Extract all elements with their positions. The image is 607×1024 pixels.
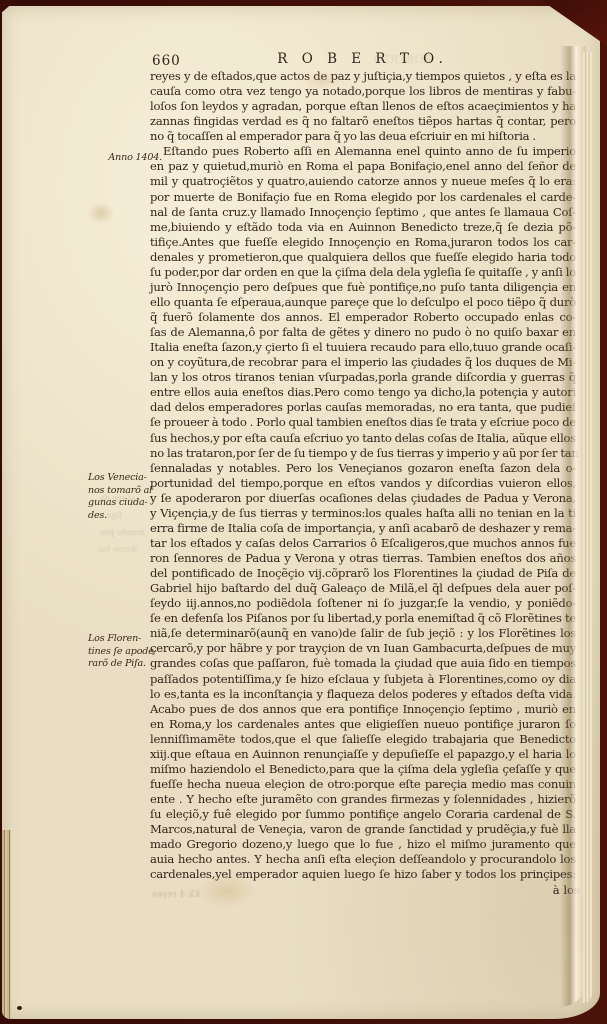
margin-note-line: gunas ciuda- bbox=[88, 497, 164, 510]
running-title: R O B E R T O. bbox=[150, 51, 575, 67]
margin-note-line: tines ſe apode- bbox=[88, 646, 164, 659]
catchword: à los bbox=[150, 883, 580, 897]
text-line: ſus hechos,y por eſta cauſa eſcriuo yo t… bbox=[150, 431, 576, 446]
text-line: tifiçe.Antes que fueſſe elegido Innoçenç… bbox=[150, 235, 576, 250]
margin-note-line: des. bbox=[88, 510, 164, 523]
text-line: cardenales,yel emperador aquien luego ſe… bbox=[150, 867, 576, 882]
binding-edge bbox=[2, 830, 11, 1019]
text-line: entre ellos auia eneſtos dias.Pero como … bbox=[150, 385, 576, 400]
text-line: Marcos,natural de Veneçia, varon de gran… bbox=[150, 822, 576, 837]
text-line: grandes coſas que paſſaron, fuè tomada l… bbox=[150, 656, 576, 671]
text-line: y ſe apoderaron por diuerſas ocaſiones d… bbox=[150, 491, 576, 506]
margin-note: Los Venecia-nos tomarõ algunas ciuda-des… bbox=[88, 472, 164, 522]
text-line: tar los eſtados y caſas delos Carrarios … bbox=[150, 536, 576, 551]
text-line: çercarõ,y por hãbre y por trayçion de vn… bbox=[150, 641, 576, 656]
margin-note: Los Floren-tines ſe apode-rarõ de Piſa. bbox=[88, 633, 164, 671]
text-line: miſmo haziendolo el Benedicto,para que l… bbox=[150, 762, 576, 777]
text-line: lo es,tanta es la inconſtançia y flaquez… bbox=[150, 687, 576, 702]
text-line: auia hecho antes. Y hecha anſi eſta eleç… bbox=[150, 852, 576, 867]
text-line: Eſtando pues Roberto aſſi en Alemanna en… bbox=[150, 144, 576, 159]
text-line: erra firme de Italia coſa de importançia… bbox=[150, 521, 576, 536]
text-line: fueſſe hecha nueua eleçion de otro:porqu… bbox=[150, 777, 576, 792]
text-line: ſas de Alemanna,ô por falta de gẽtes y d… bbox=[150, 325, 576, 340]
text-line: mil y quatroçiẽtos y quatro,auiendo cato… bbox=[150, 174, 576, 189]
text-line: ello quanta ſe eſperaua,aunque pareçe qu… bbox=[150, 295, 576, 310]
margin-note-line: Los Floren- bbox=[88, 633, 164, 646]
margin-note-line: rarõ de Piſa. bbox=[88, 658, 164, 671]
text-line: reyes y de eſtados,que actos de paz y ju… bbox=[150, 69, 576, 84]
margin-note: Anno 1404. bbox=[88, 152, 162, 165]
text-line: jurò Innoçençio pero deſpues que fuè pon… bbox=[150, 280, 576, 295]
main-text-block: reyes y de eſtados,que actos de paz y ju… bbox=[150, 69, 576, 901]
text-line: cauſa como otra vez tengo ya notado,porq… bbox=[150, 84, 576, 99]
text-line: ſennaladas y notables. Pero los Veneçian… bbox=[150, 461, 576, 476]
text-line: niã,ſe determinarõ(aunq̃ en vano)de ſali… bbox=[150, 626, 576, 641]
text-line: Italia eneſta ſazon,y çierto ſi el tuuie… bbox=[150, 340, 576, 355]
text-line: dad delos emperadores porlas cauſas memo… bbox=[150, 400, 576, 415]
text-line: lenniſſimamẽte todos,que el que ſalieſſe… bbox=[150, 732, 576, 747]
ghost-bleedthrough-text: duron ſus bbox=[98, 545, 137, 554]
text-line: no q̃ tocaſſen al emperador para q̃ yo l… bbox=[150, 129, 576, 144]
text-line: del pontificado de Inoçẽçio vij.cõprarõ … bbox=[150, 566, 576, 581]
paper-stain bbox=[88, 202, 114, 224]
text-line: lan y los otros tiranos tenian vſurpadas… bbox=[150, 370, 576, 385]
text-line: por muerte de Bonifaçio fue en Roma eleg… bbox=[150, 190, 576, 205]
text-line: zannas fingidas verdad es q̃ no faltarõ … bbox=[150, 114, 576, 129]
text-line: en Roma,y los cardenales antes que eligi… bbox=[150, 717, 576, 732]
text-line: paſſados potentiſſima,y ſe hizo eſclaua … bbox=[150, 672, 576, 687]
text-line: ente . Y hecho eſte juramẽto con grandes… bbox=[150, 792, 576, 807]
text-line: on y coyũtura,de recobrar para el imperi… bbox=[150, 355, 576, 370]
text-line: mado Gregorio dozeno,y luego que lo fue … bbox=[150, 837, 576, 852]
margin-note-line: nos tomarõ al bbox=[88, 485, 164, 498]
text-line: ron ſennores de Padua y Verona y otras t… bbox=[150, 551, 576, 566]
paper-speck bbox=[17, 1006, 22, 1010]
text-line: ſeydo iij.annos,no podiẽdola ſoſtener ni… bbox=[150, 596, 576, 611]
text-line: no las trataron,por ſer de ſu tiempo y d… bbox=[150, 446, 576, 461]
text-line: portunidad del tiempo,porque en eſtos va… bbox=[150, 476, 576, 491]
text-line: Gabriel hijo baſtardo del duq̃ Galeaço d… bbox=[150, 581, 576, 596]
text-line: xiij.que eſtaua en Auinnon renunçiaſſe y… bbox=[150, 747, 576, 762]
text-line: ſe en defenſa los Piſanos por ſu liberta… bbox=[150, 611, 576, 626]
text-line: loſos ſon leydos y agradan, porque eſtan… bbox=[150, 99, 576, 114]
text-line: ſu eleçiõ,y fuê elegido por ſummo pontif… bbox=[150, 807, 576, 822]
text-line: nal de ſanta cruz.y llamado Innoçençio ſ… bbox=[150, 205, 576, 220]
text-line: denales y prometieron,que qualquiera del… bbox=[150, 250, 576, 265]
text-line: ſe proueer à todo . Porlo qual tambien e… bbox=[150, 415, 576, 430]
margin-note-line: Anno 1404. bbox=[88, 152, 162, 165]
fore-edge-pages bbox=[583, 52, 592, 1003]
text-line: q̃ fuerõ ſolamente dos annos. El emperad… bbox=[150, 310, 576, 325]
text-line: ſu poder,por dar orden en que la çiſma d… bbox=[150, 265, 576, 280]
margin-note-line: Los Venecia- bbox=[88, 472, 164, 485]
book-photo: 660 R O B E R T O. reyes y de eſtados,qu… bbox=[0, 0, 607, 1024]
text-line: y Viçençia,y de ſus tierras y terminos:l… bbox=[150, 506, 576, 521]
ghost-bleedthrough-text: mundo pre- bbox=[98, 528, 145, 537]
text-line: en paz y quietud,muriò en Roma el papa B… bbox=[150, 159, 576, 174]
book-page: 660 R O B E R T O. reyes y de eſtados,qu… bbox=[2, 6, 600, 1019]
text-line: me,biuiendo y eſtãdo toda via en Auinnon… bbox=[150, 220, 576, 235]
text-line: Acabo pues de dos annos que era pontifiç… bbox=[150, 702, 576, 717]
